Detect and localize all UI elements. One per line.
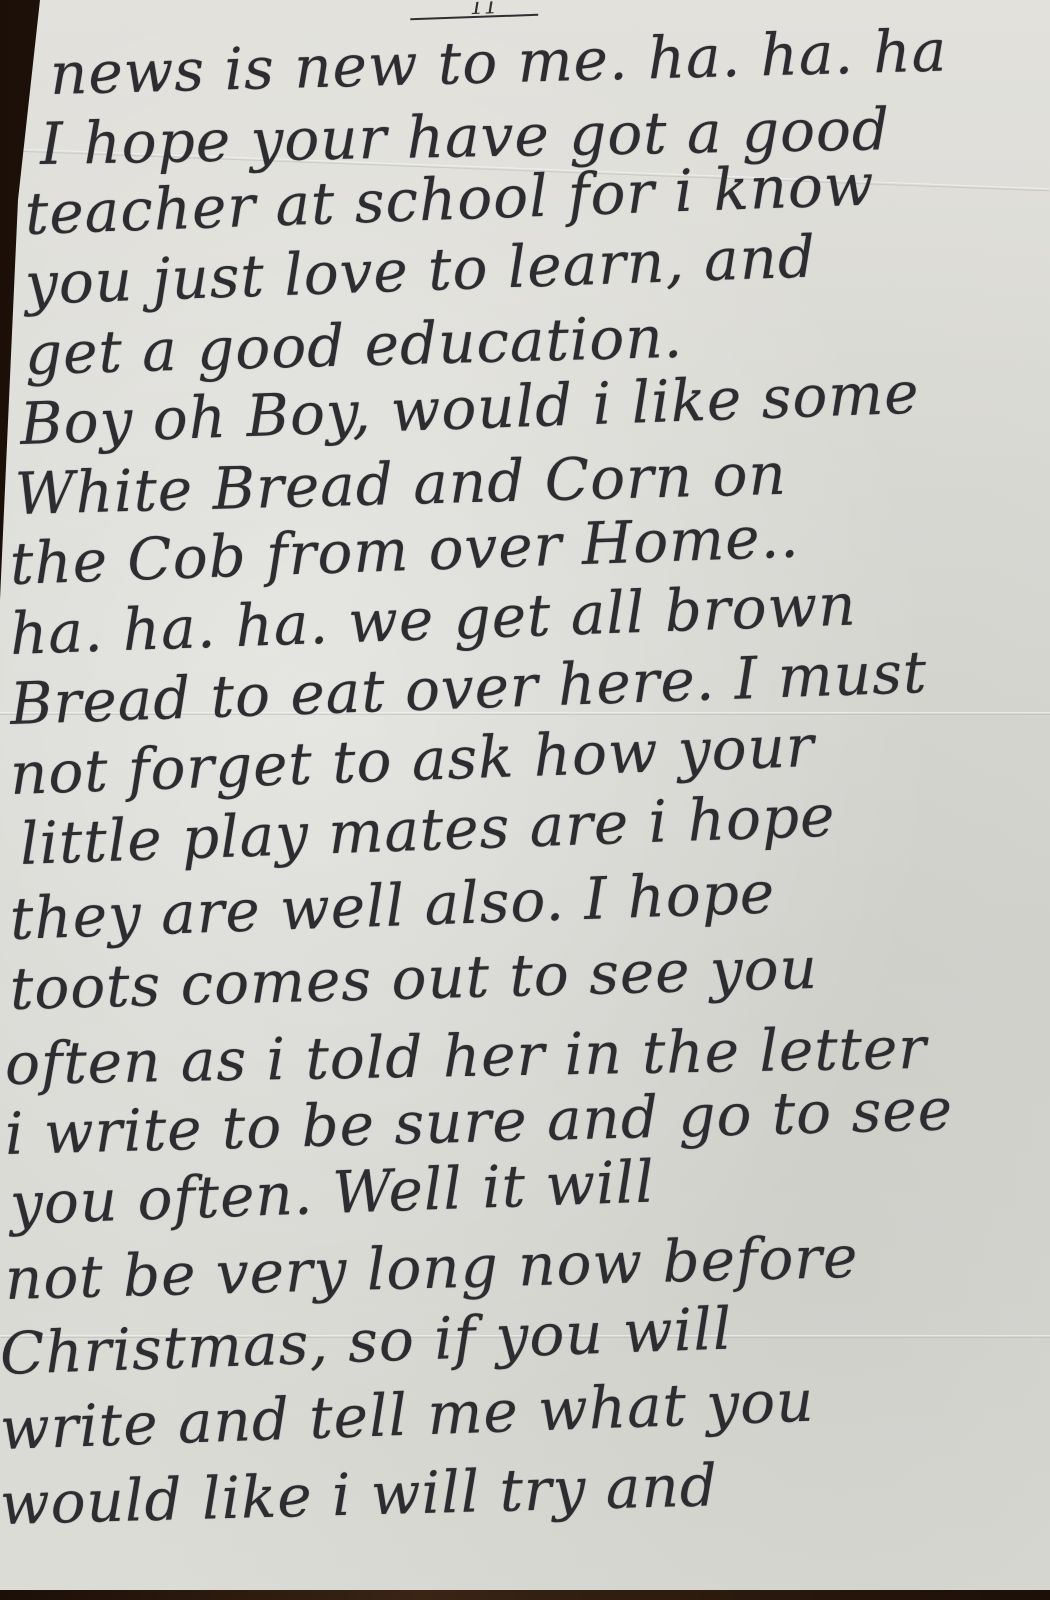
letter-body: news is new to me. ha. ha. ha I hope you… xyxy=(0,0,1050,1600)
handwritten-line: news is new to me. ha. ha. ha xyxy=(49,17,948,108)
handwritten-line: would like i will try and xyxy=(0,1451,719,1538)
letter-page: 11 news is new to me. ha. ha. ha I hope … xyxy=(0,0,1050,1590)
